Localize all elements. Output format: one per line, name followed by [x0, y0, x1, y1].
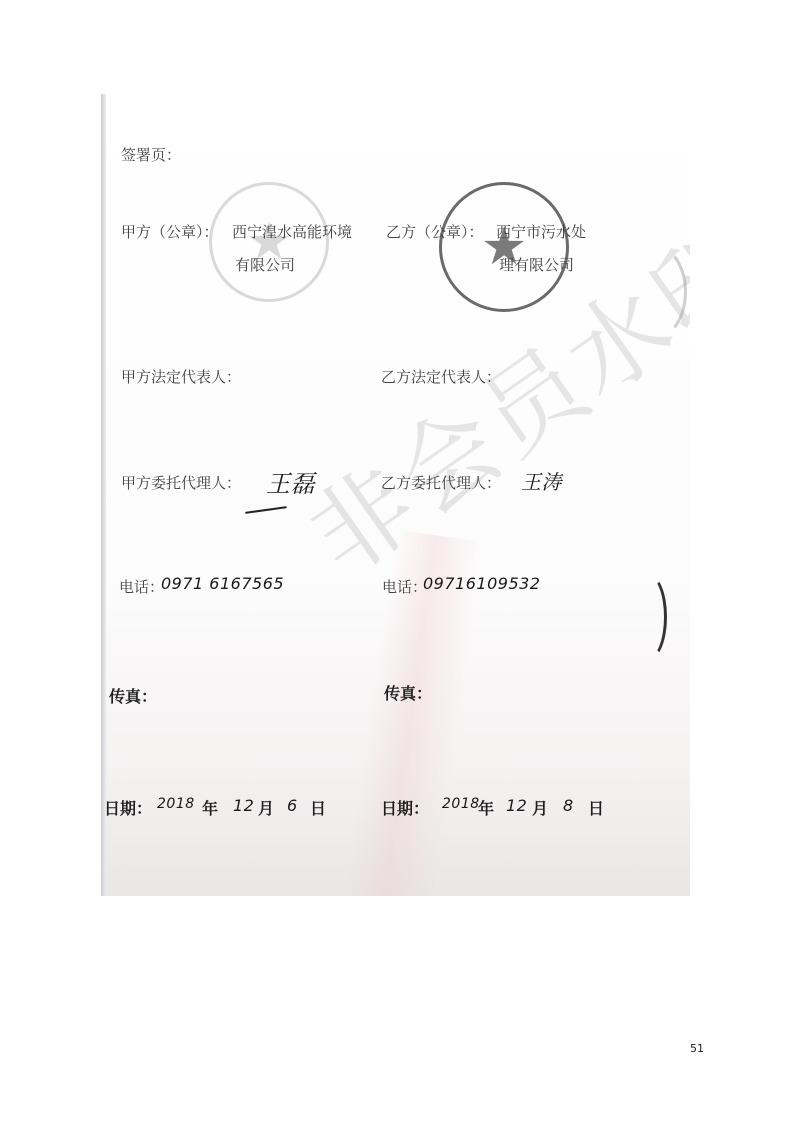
party-a-date-label: 日期：: [104, 796, 152, 819]
party-a-agent-signature: 王磊: [266, 464, 315, 499]
party-b-company-seal: ★: [439, 182, 569, 312]
page-heading: 签署页：: [121, 144, 181, 165]
party-a-phone-label: 电话：: [119, 576, 164, 597]
party-a-date-month: 12: [233, 796, 254, 815]
party-a-seal-label: 甲方（公章）：: [121, 221, 219, 242]
party-a-fax-label: 传真：: [109, 684, 157, 707]
page-number: 51: [690, 1042, 704, 1055]
scanned-signature-page: 非会员水印 签署页： ★ ★ 甲方（公章）： 西宁湟水高能环境 有限公司 乙方（…: [101, 94, 690, 896]
party-b-phone-label: 电话：: [382, 576, 427, 597]
party-b-company-name: 西宁市污水处: [496, 221, 586, 242]
day-char: 日: [310, 796, 326, 819]
party-a-agent-label: 甲方委托代理人：: [121, 472, 241, 493]
month-char: 月: [258, 796, 274, 819]
party-b-date-year: 2018: [442, 796, 480, 812]
year-char: 年: [202, 796, 218, 819]
month-char: 月: [532, 796, 548, 819]
day-char: 日: [588, 796, 604, 819]
party-a-date-day: 6: [287, 796, 298, 815]
party-a-phone-value: 0971 6167565: [161, 574, 284, 593]
party-a-date-year: 2018: [157, 796, 195, 812]
party-b-date-label: 日期：: [381, 796, 429, 819]
year-char: 年: [478, 796, 494, 819]
party-a-company-seal: ★: [209, 182, 329, 302]
party-b-agent-signature: 王涛: [521, 466, 562, 495]
party-b-phone-value: 09716109532: [423, 574, 540, 593]
party-b-date-month: 12: [506, 796, 527, 815]
party-b-legal-rep-label: 乙方法定代表人：: [381, 366, 501, 387]
party-a-company-name-cont: 有限公司: [235, 254, 295, 275]
party-b-fax-label: 传真：: [384, 681, 432, 704]
party-b-agent-label: 乙方委托代理人：: [381, 472, 501, 493]
party-b-company-name-cont: 理有限公司: [499, 254, 574, 275]
party-a-company-name: 西宁湟水高能环境: [232, 221, 352, 242]
party-b-date-day: 8: [563, 796, 574, 815]
party-a-legal-rep-label: 甲方法定代表人：: [121, 366, 241, 387]
partial-seal-mark: [621, 244, 687, 340]
party-b-seal-label: 乙方（公章）：: [386, 221, 484, 242]
ink-mark: [631, 574, 667, 660]
